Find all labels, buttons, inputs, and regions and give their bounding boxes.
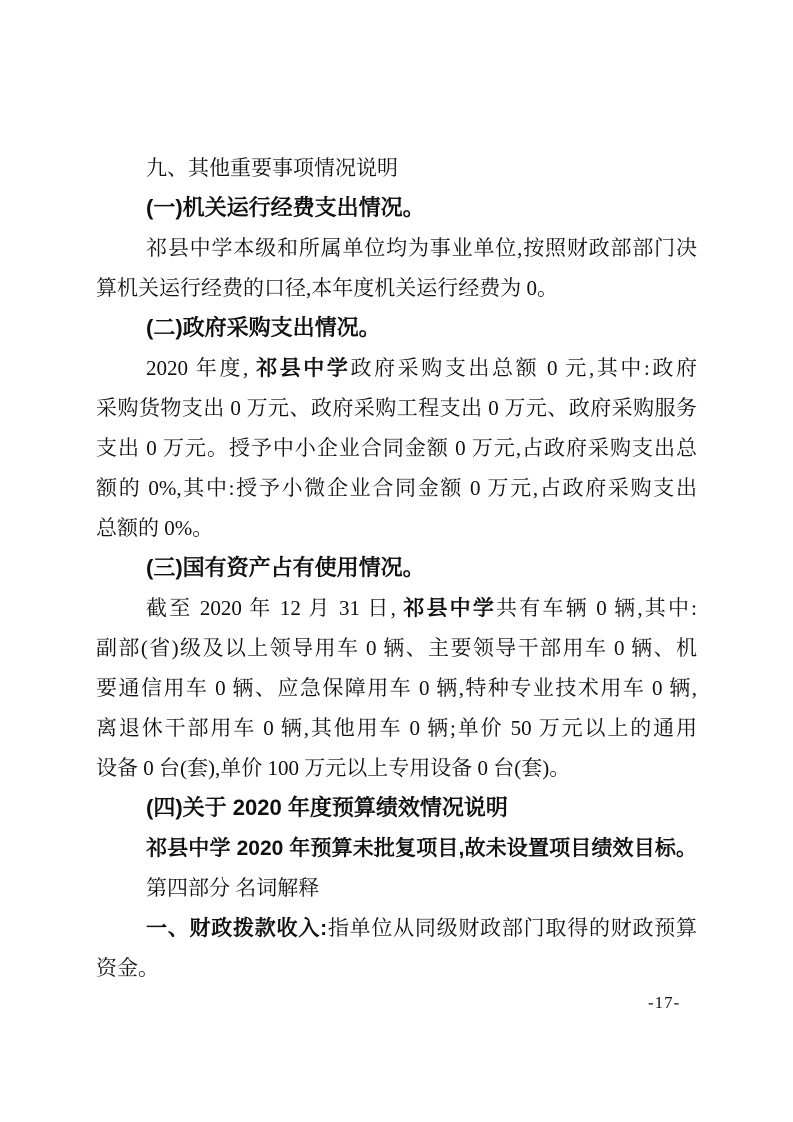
text-run: (四)关于 2020 年度预算绩效情况说明 [146, 795, 508, 820]
text-run: 额的 0%,其中:授予小微企业合同金额 0 万元,占政府采购支出 [96, 476, 697, 500]
section-9-title-line-1: 九、其他重要事项情况说明 [96, 148, 697, 188]
para-state-assets-line-3: 要通信用车 0 辆、应急保障用车 0 辆,特种专业技术用车 0 辆, [96, 668, 697, 708]
para-budget-performance-line-1: 祁县中学 2020 年预算未批复项目,故未设置项目绩效目标。 [96, 828, 697, 868]
para-term-fiscal-appropriation-income-line-2: 资金。 [96, 948, 697, 988]
text-run: 离退休干部用车 0 辆,其他用车 0 辆;单价 50 万元以上的通用 [96, 716, 697, 740]
text-run: 祁县中学 [256, 357, 350, 380]
para-state-assets-line-5: 设备 0 台(套),单价 100 万元以上专用设备 0 台(套)。 [96, 748, 697, 788]
text-run: 采购货物支出 0 万元、政府采购工程支出 0 万元、政府采购服务 [96, 396, 697, 420]
text-run: 一、财政拨款收入: [146, 917, 327, 940]
para-state-assets-line-4: 离退休干部用车 0 辆,其他用车 0 辆;单价 50 万元以上的通用 [96, 708, 697, 748]
para-government-procurement-line-5: 总额的 0%。 [96, 508, 697, 548]
text-run: 设备 0 台(套),单价 100 万元以上专用设备 0 台(套)。 [96, 756, 570, 780]
text-run: 祁县中学 2020 年预算未批复项目,故未设置项目绩效目标。 [146, 837, 697, 860]
text-run: 指单位从同级财政部门取得的财政预算 [327, 916, 697, 940]
text-run: 资金。 [96, 956, 159, 980]
text-run: 祁县中学本级和所属单位均为事业单位,按照财政部部门决 [146, 236, 697, 260]
text-run: 算机关运行经费的口径,本年度机关运行经费为 0。 [96, 276, 558, 300]
text-run: 祁县中学 [403, 597, 496, 620]
para-government-procurement-line-3: 支出 0 万元。授予中小企业合同金额 0 万元,占政府采购支出总 [96, 428, 697, 468]
text-run: (三)国有资产占有使用情况。 [146, 555, 425, 580]
para-agency-operating-expense-line-2: 算机关运行经费的口径,本年度机关运行经费为 0。 [96, 268, 697, 308]
text-run: 共有车辆 0 辆,其中: [496, 596, 697, 620]
heading-government-procurement-line-1: (二)政府采购支出情况。 [96, 308, 697, 348]
para-state-assets-line-1: 截至 2020 年 12 月 31 日, 祁县中学共有车辆 0 辆,其中: [96, 588, 697, 628]
heading-budget-performance-line-1: (四)关于 2020 年度预算绩效情况说明 [96, 788, 697, 828]
text-run: 政府采购支出总额 0 元,其中:政府 [350, 356, 697, 380]
text-run: 2020 年度, [146, 356, 256, 380]
para-government-procurement-line-4: 额的 0%,其中:授予小微企业合同金额 0 万元,占政府采购支出 [96, 468, 697, 508]
para-government-procurement-line-2: 采购货物支出 0 万元、政府采购工程支出 0 万元、政府采购服务 [96, 388, 697, 428]
para-state-assets-line-2: 副部(省)级及以上领导用车 0 辆、主要领导干部用车 0 辆、机 [96, 628, 697, 668]
text-run: (一)机关运行经费支出情况。 [146, 195, 425, 220]
document-body: 九、其他重要事项情况说明(一)机关运行经费支出情况。祁县中学本级和所属单位均为事… [96, 148, 697, 988]
text-run: (二)政府采购支出情况。 [146, 315, 381, 340]
document-page: 九、其他重要事项情况说明(一)机关运行经费支出情况。祁县中学本级和所属单位均为事… [0, 0, 793, 1122]
text-run: 支出 0 万元。授予中小企业合同金额 0 万元,占政府采购支出总 [96, 436, 697, 460]
page-number: -17- [648, 993, 680, 1013]
text-run: 截至 2020 年 12 月 31 日, [146, 596, 403, 620]
part-4-title-line-1: 第四部分 名词解释 [96, 868, 697, 908]
text-run: 第四部分 名词解释 [146, 876, 319, 900]
text-run: 副部(省)级及以上领导用车 0 辆、主要领导干部用车 0 辆、机 [96, 636, 697, 660]
text-run: 总额的 0%。 [96, 516, 213, 540]
para-agency-operating-expense-line-1: 祁县中学本级和所属单位均为事业单位,按照财政部部门决 [96, 228, 697, 268]
heading-agency-operating-expense-line-1: (一)机关运行经费支出情况。 [96, 188, 697, 228]
para-government-procurement-line-1: 2020 年度, 祁县中学政府采购支出总额 0 元,其中:政府 [96, 348, 697, 388]
heading-state-assets-line-1: (三)国有资产占有使用情况。 [96, 548, 697, 588]
text-run: 要通信用车 0 辆、应急保障用车 0 辆,特种专业技术用车 0 辆, [96, 676, 697, 700]
text-run: 九、其他重要事项情况说明 [146, 156, 398, 180]
para-term-fiscal-appropriation-income-line-1: 一、财政拨款收入:指单位从同级财政部门取得的财政预算 [96, 908, 697, 948]
